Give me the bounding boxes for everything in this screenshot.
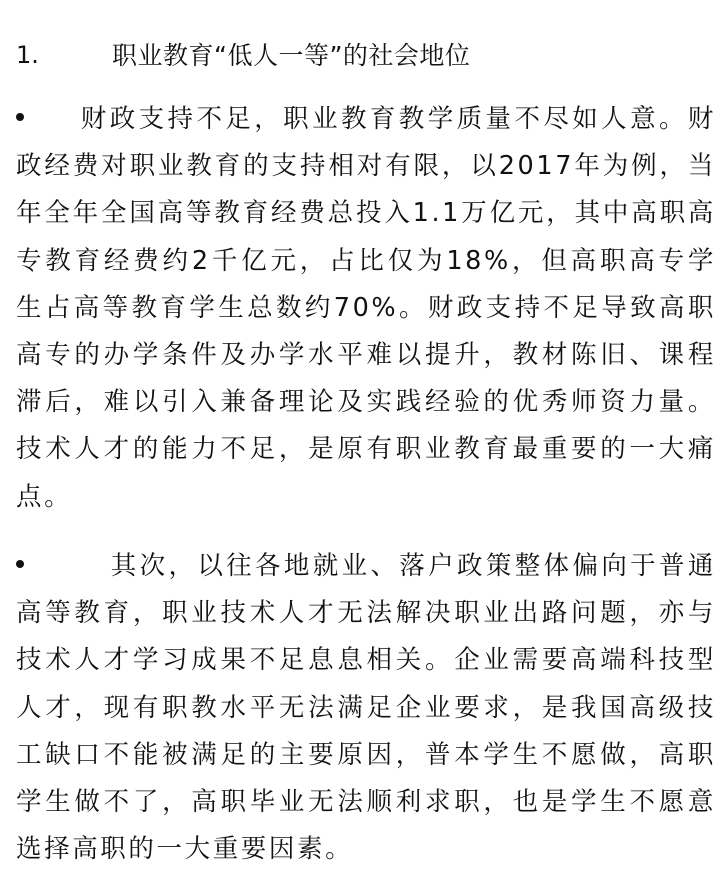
bullet-paragraph-employment: 其次，以往各地就业、落户政策整体偏向于普通高等教育，职业技术人才无法解决职业出路… xyxy=(16,543,716,873)
paragraph-text: 其次，以往各地就业、落户政策整体偏向于普通高等教育，职业技术人才无法解决职业出路… xyxy=(16,551,716,864)
bullet-dot-icon xyxy=(16,560,24,568)
section-number: 1. xyxy=(16,32,39,79)
paragraph-text: 财政支持不足，职业教育教学质量不尽如人意。财政经费对职业教育的支持相对有限，以2… xyxy=(16,104,716,512)
bullet-paragraph-funding: 财政支持不足，职业教育教学质量不尽如人意。财政经费对职业教育的支持相对有限，以2… xyxy=(16,96,716,521)
section-title: 职业教育“低人一等”的社会地位 xyxy=(112,32,470,79)
bullet-dot-icon xyxy=(16,113,24,121)
